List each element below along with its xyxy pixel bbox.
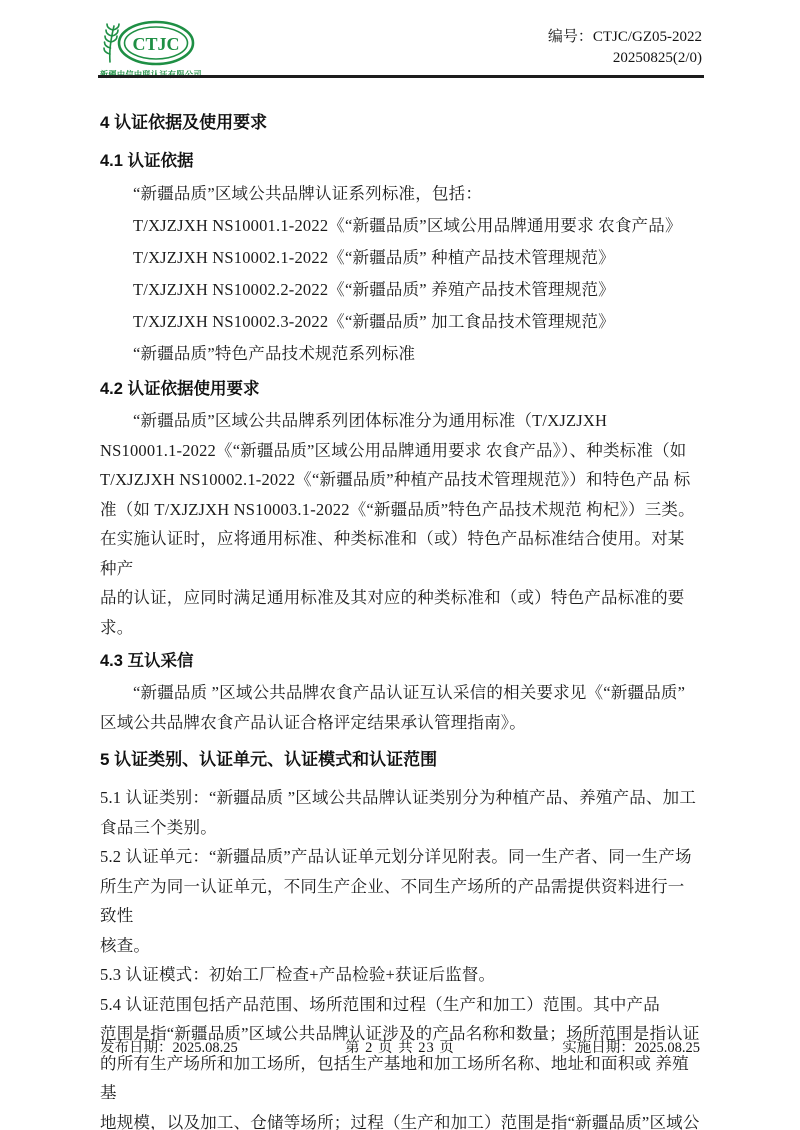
svg-text:CTJC: CTJC: [132, 34, 179, 54]
subsection-heading: 4.3 互认采信: [100, 646, 700, 676]
document-footer: 发布日期：2025.08.25 第 2 页 共 23 页 实施日期：2025.0…: [100, 1036, 700, 1057]
body-line: 5.2 认证单元：“新疆品质”产品认证单元划分详见附表。同一生产者、同一生产场: [100, 842, 700, 872]
release-date: 发布日期：2025.08.25: [100, 1036, 300, 1057]
document-header: CTJC 新疆中信中联认证有限公司 编号：CTJC/GZ05-2022 2025…: [100, 0, 702, 78]
document-version: 20250825(2/0): [548, 48, 702, 69]
section-heading: 4 认证依据及使用要求: [100, 108, 700, 138]
body-line: 准（如 T/XJZJXH NS10003.1-2022《“新疆品质”特色产品技术…: [100, 495, 700, 525]
body-line: 核查。: [100, 931, 700, 961]
body-line: 区域公共品牌农食产品认证合格评定结果承认管理指南》。: [100, 708, 700, 738]
certification-body-logo: CTJC 新疆中信中联认证有限公司: [100, 20, 210, 80]
subsection-heading: 4.2 认证依据使用要求: [100, 374, 700, 404]
page-indicator: 第 2 页 共 23 页: [300, 1036, 500, 1057]
body-line: 的所有生产场所和加工场所，包括生产基地和加工场所名称、地址和面积或 养殖基: [100, 1049, 700, 1108]
standard-list-line: “新疆品质”特色产品技术规范系列标准: [100, 338, 700, 370]
ctjc-oval-wheat-logo-icon: CTJC: [100, 20, 196, 68]
body-line: 5.1 认证类别：“新疆品质 ”区域公共品牌认证类别分为种植产品、养殖产品、加工: [100, 783, 700, 813]
standard-list-line: T/XJZJXH NS10002.3-2022《“新疆品质” 加工食品技术管理规…: [100, 306, 700, 338]
body-line: “新疆品质 ”区域公共品牌农食产品认证互认采信的相关要求见《“新疆品质”: [100, 678, 700, 708]
document-codes: 编号：CTJC/GZ05-2022 20250825(2/0): [548, 27, 702, 69]
body-line: 所生产为同一认证单元，不同生产企业、不同生产场所的产品需提供资料进行一致性: [100, 872, 700, 931]
body-line: T/XJZJXH NS10002.1-2022《“新疆品质”种植产品技术管理规范…: [100, 465, 700, 495]
document-number: 编号：CTJC/GZ05-2022: [548, 27, 702, 48]
body-line: “新疆品质”区域公共品牌系列团体标准分为通用标准（T/XJZJXH: [100, 406, 700, 436]
body-line: 地规模，以及加工、仓储等场所；过程（生产和加工）范围是指“新疆品质”区域公: [100, 1108, 700, 1130]
body-line: 5.4 认证范围包括产品范围、场所范围和过程（生产和加工）范围。其中产品: [100, 990, 700, 1020]
document-body: 4 认证依据及使用要求4.1 认证依据“新疆品质”区域公共品牌认证系列标准，包括…: [100, 100, 700, 1130]
subsection-heading: 4.1 认证依据: [100, 146, 700, 176]
section-heading: 5 认证类别、认证单元、认证模式和认证范围: [100, 745, 700, 775]
standard-list-line: “新疆品质”区域公共品牌认证系列标准，包括：: [100, 178, 700, 210]
body-line: 食品三个类别。: [100, 813, 700, 843]
body-line: NS10001.1-2022《“新疆品质”区域公用品牌通用要求 农食产品》）、种…: [100, 436, 700, 466]
standard-list-line: T/XJZJXH NS10002.1-2022《“新疆品质” 种植产品技术管理规…: [100, 242, 700, 274]
body-line: 5.3 认证模式：初始工厂检查+产品检验+获证后监督。: [100, 960, 700, 990]
document-page: CTJC 新疆中信中联认证有限公司 编号：CTJC/GZ05-2022 2025…: [0, 0, 800, 1130]
standard-list-line: T/XJZJXH NS10002.2-2022《“新疆品质” 养殖产品技术管理规…: [100, 274, 700, 306]
body-line: 在实施认证时，应将通用标准、种类标准和（或）特色产品标准结合使用。对某种产: [100, 524, 700, 583]
body-line: 品的认证，应同时满足通用标准及其对应的种类标准和（或）特色产品标准的要求。: [100, 583, 700, 642]
header-divider: [98, 75, 704, 78]
standard-list-line: T/XJZJXH NS10001.1-2022《“新疆品质”区域公用品牌通用要求…: [100, 210, 700, 242]
implement-date: 实施日期：2025.08.25: [500, 1036, 700, 1057]
